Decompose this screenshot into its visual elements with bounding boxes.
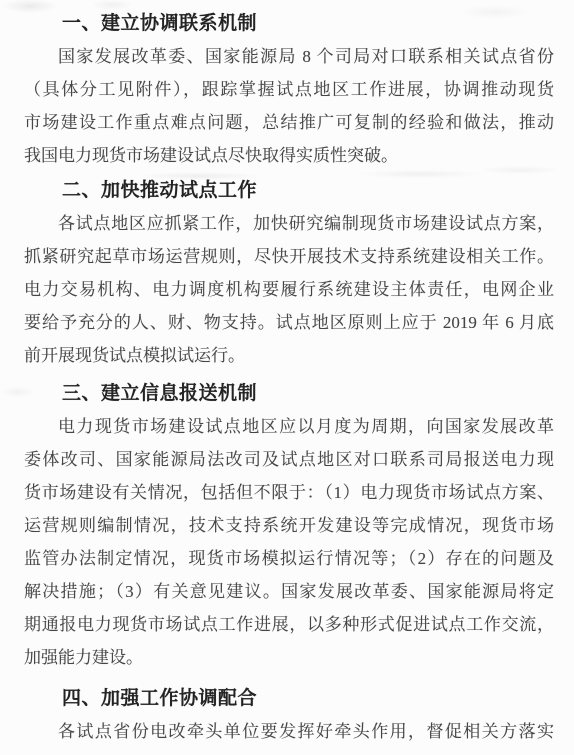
document-page: 一、建立协调联系机制 国家发展改革委、国家能源局 8 个司局对口联系相关试点省份… <box>0 0 574 755</box>
paragraph-line: 加强能力建设。 <box>24 641 554 674</box>
paragraph-line: 期通报电力现货市场试点工作进展，以多种形式促进试点工作交流， <box>24 608 554 641</box>
section-4: 四、加强工作协调配合 各试点省份电改牵头单位要发挥好牵头作用，督促相关方落实 <box>24 682 554 748</box>
section-2-heading: 二、加快推动试点工作 <box>24 174 554 207</box>
paragraph-line: 国家发展改革委、国家能源局 8 个司局对口联系相关试点省份 <box>24 40 554 73</box>
paragraph-line: 解决措施；（3）有关意见建议。国家发展改革委、国家能源局将定 <box>24 575 554 608</box>
paragraph-line: 委体改司、国家能源局法改司及试点地区对口联系司局报送电力现 <box>24 443 554 476</box>
paragraph-line: 要给予充分的人、财、物支持。试点地区原则上应于 2019 年 6 月底 <box>24 306 554 339</box>
paragraph-line: 电力现货市场建设试点地区应以月度为周期，向国家发展改革 <box>24 410 554 443</box>
paragraph-line: （具体分工见附件），跟踪掌握试点地区工作进展，协调推动现货 <box>24 73 554 106</box>
paragraph-line: 各试点省份电改牵头单位要发挥好牵头作用，督促相关方落实 <box>24 715 554 748</box>
paragraph-line: 货市场建设有关情况，包括但不限于：（1）电力现货市场试点方案、 <box>24 476 554 509</box>
paragraph-line: 电力交易机构、电力调度机构要履行系统建设主体责任，电网企业 <box>24 273 554 306</box>
paragraph-line: 各试点地区应抓紧工作，加快研究编制现货市场建设试点方案， <box>24 207 554 240</box>
section-3: 三、建立信息报送机制 电力现货市场建设试点地区应以月度为周期，向国家发展改革 委… <box>24 377 554 674</box>
paragraph-line: 监管办法制定情况，现货市场模拟运行情况等；（2）存在的问题及 <box>24 542 554 575</box>
section-4-heading: 四、加强工作协调配合 <box>24 682 554 715</box>
paragraph-line: 运营规则编制情况，技术支持系统开发建设等完成情况，现货市场 <box>24 509 554 542</box>
paragraph-line: 我国电力现货市场建设试点尽快取得实质性突破。 <box>24 139 554 172</box>
section-2: 二、加快推动试点工作 各试点地区应抓紧工作，加快研究编制现货市场建设试点方案， … <box>24 174 554 372</box>
paragraph-line: 抓紧研究起草市场运营规则，尽快开展技术支持系统建设相关工作。 <box>24 240 554 273</box>
paragraph-line: 前开展现货试点模拟试运行。 <box>24 339 554 372</box>
section-3-heading: 三、建立信息报送机制 <box>24 377 554 410</box>
section-1: 一、建立协调联系机制 国家发展改革委、国家能源局 8 个司局对口联系相关试点省份… <box>24 7 554 172</box>
paragraph-line: 市场建设工作重点难点问题，总结推广可复制的经验和做法，推动 <box>24 106 554 139</box>
section-1-heading: 一、建立协调联系机制 <box>24 7 554 40</box>
